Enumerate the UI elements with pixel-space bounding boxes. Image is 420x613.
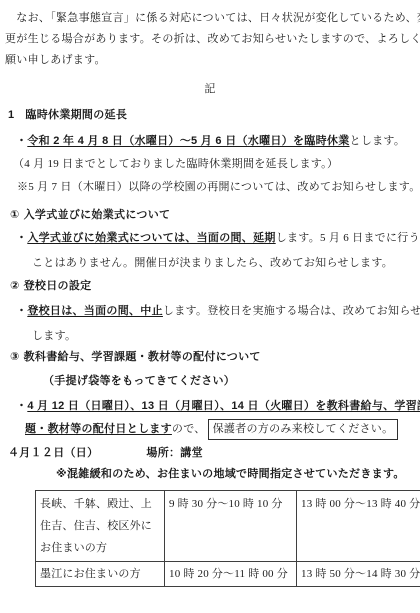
area-cell: 墨江にお住まいの方 — [36, 562, 165, 587]
morning-time-cell: 9 時 30 分～10 時 10 分 — [165, 491, 297, 562]
bullet-marker: ・ — [16, 135, 27, 147]
item1-title: 入学式並びに始業式について — [24, 209, 171, 221]
distribution-place: 場所：講堂 — [146, 447, 203, 459]
reopen-note: ※5 月 7 日（木曜日）以降の学校園の再開については、改めてお知らせします。 — [0, 177, 420, 198]
table-row: 墨江にお住まいの方 10 時 20 分～11 時 00 分 13 時 50 分～… — [36, 562, 420, 587]
closure-period-emphasis: 令和 2 年 4 月 8 日（水曜日）～5 月 6 日（水曜日）を臨時休業 — [27, 135, 349, 147]
notice-document: なお、「緊急事態宣言」に係る対応については、日々状況が変化しているため、変 更が… — [0, 0, 420, 613]
crowd-note: ※混雑緩和のため、お住まいの地域で時間指定させていただきます。 — [0, 464, 420, 485]
section1-number: 1 — [8, 105, 14, 126]
bullet-marker: ・ — [16, 232, 27, 244]
item3-heading: ③教科書給与、学習課題・教材等の配付について — [0, 347, 420, 368]
closure-extension-note: （4 月 19 日までとしておりました臨時休業期間を延長します。） — [0, 154, 420, 175]
ceremony-postpone-tail: します。5 月 6 日までに行う — [276, 232, 420, 244]
distribution-day-emphasis-1: 4 月 12 日（日曜日）、13 日（月曜日）、14 日（火曜日）を教科書給与、… — [27, 400, 420, 412]
item3-title: 教科書給与、学習課題・教材等の配付について — [24, 351, 261, 363]
table-row: 長峡、千躰、殿辻、上住吉、住吉、校区外にお住まいの方 9 時 30 分～10 時… — [36, 491, 420, 562]
afternoon-time-cell: 13 時 00 分～13 時 40 分 — [297, 491, 420, 562]
school-day-cancel-line: ・登校日は、当面の間、中止します。登校日を実施する場合は、改めてお知らせ — [0, 301, 420, 322]
closure-period-line: ・令和 2 年 4 月 8 日（水曜日）～5 月 6 日（水曜日）を臨時休業とし… — [0, 131, 420, 152]
section1-title: 臨時休業期間の延長 — [25, 109, 127, 121]
school-day-cancel-emphasis: 登校日は、当面の間、中止 — [27, 305, 163, 317]
intro-line-1: なお、「緊急事態宣言」に係る対応については、日々状況が変化しているため、変 — [0, 8, 420, 29]
schedule-table: 長峡、千躰、殿辻、上住吉、住吉、校区外にお住まいの方 9 時 30 分～10 時… — [35, 490, 420, 587]
intro-line-3: 願い申しあげます。 — [0, 50, 420, 71]
item2-heading: ②登校日の設定 — [0, 276, 420, 297]
section1-heading: 1臨時休業期間の延長 — [0, 105, 420, 126]
afternoon-time-cell: 13 時 50 分～14 時 30 分 — [297, 562, 420, 587]
item3-marker: ③ — [10, 347, 20, 368]
morning-time-cell: 10 時 20 分～11 時 00 分 — [165, 562, 297, 587]
ceremony-postpone-emphasis: 入学式並びに始業式については、当面の間、延期 — [27, 232, 275, 244]
record-marker: 記 — [0, 79, 420, 100]
distribution-day-emphasis-2: 題・教材等の配付日とします — [25, 423, 172, 435]
school-day-cancel-continuation: します。 — [0, 326, 420, 347]
distribution-date: ４月１２日（日） — [8, 447, 98, 459]
distribution-day-line-1: ・4 月 12 日（日曜日）、13 日（月曜日）、14 日（火曜日）を教科書給与… — [0, 396, 420, 417]
bag-note: （手提げ袋等をもってきてください） — [0, 371, 420, 392]
guardians-only-boxed-note: 保護者の方のみ来校してください。 — [208, 419, 399, 440]
intro-line-2: 更が生じる場合があります。その折は、改めてお知らせいたしますので、よろしくお — [0, 29, 420, 50]
bullet-marker: ・ — [16, 305, 27, 317]
item1-marker: ① — [10, 205, 20, 226]
distribution-day-line-2: 題・教材等の配付日としますので、保護者の方のみ来校してください。 — [0, 418, 420, 441]
distribution-date-line: ４月１２日（日）場所：講堂 — [0, 443, 420, 464]
ceremony-postpone-continuation: ことはありません。開催日が決まりましたら、改めてお知らせします。 — [0, 253, 420, 274]
distribution-day-tail: ので、 — [172, 423, 206, 435]
area-cell: 長峡、千躰、殿辻、上住吉、住吉、校区外にお住まいの方 — [36, 491, 165, 562]
closure-period-tail: とします。 — [350, 135, 406, 147]
item2-marker: ② — [10, 276, 20, 297]
school-day-cancel-tail: します。登校日を実施する場合は、改めてお知らせ — [163, 305, 420, 317]
bullet-marker: ・ — [16, 400, 27, 412]
ceremony-postpone-line: ・入学式並びに始業式については、当面の間、延期します。5 月 6 日までに行う — [0, 228, 420, 249]
item2-title: 登校日の設定 — [24, 280, 92, 292]
item1-heading: ①入学式並びに始業式について — [0, 205, 420, 226]
